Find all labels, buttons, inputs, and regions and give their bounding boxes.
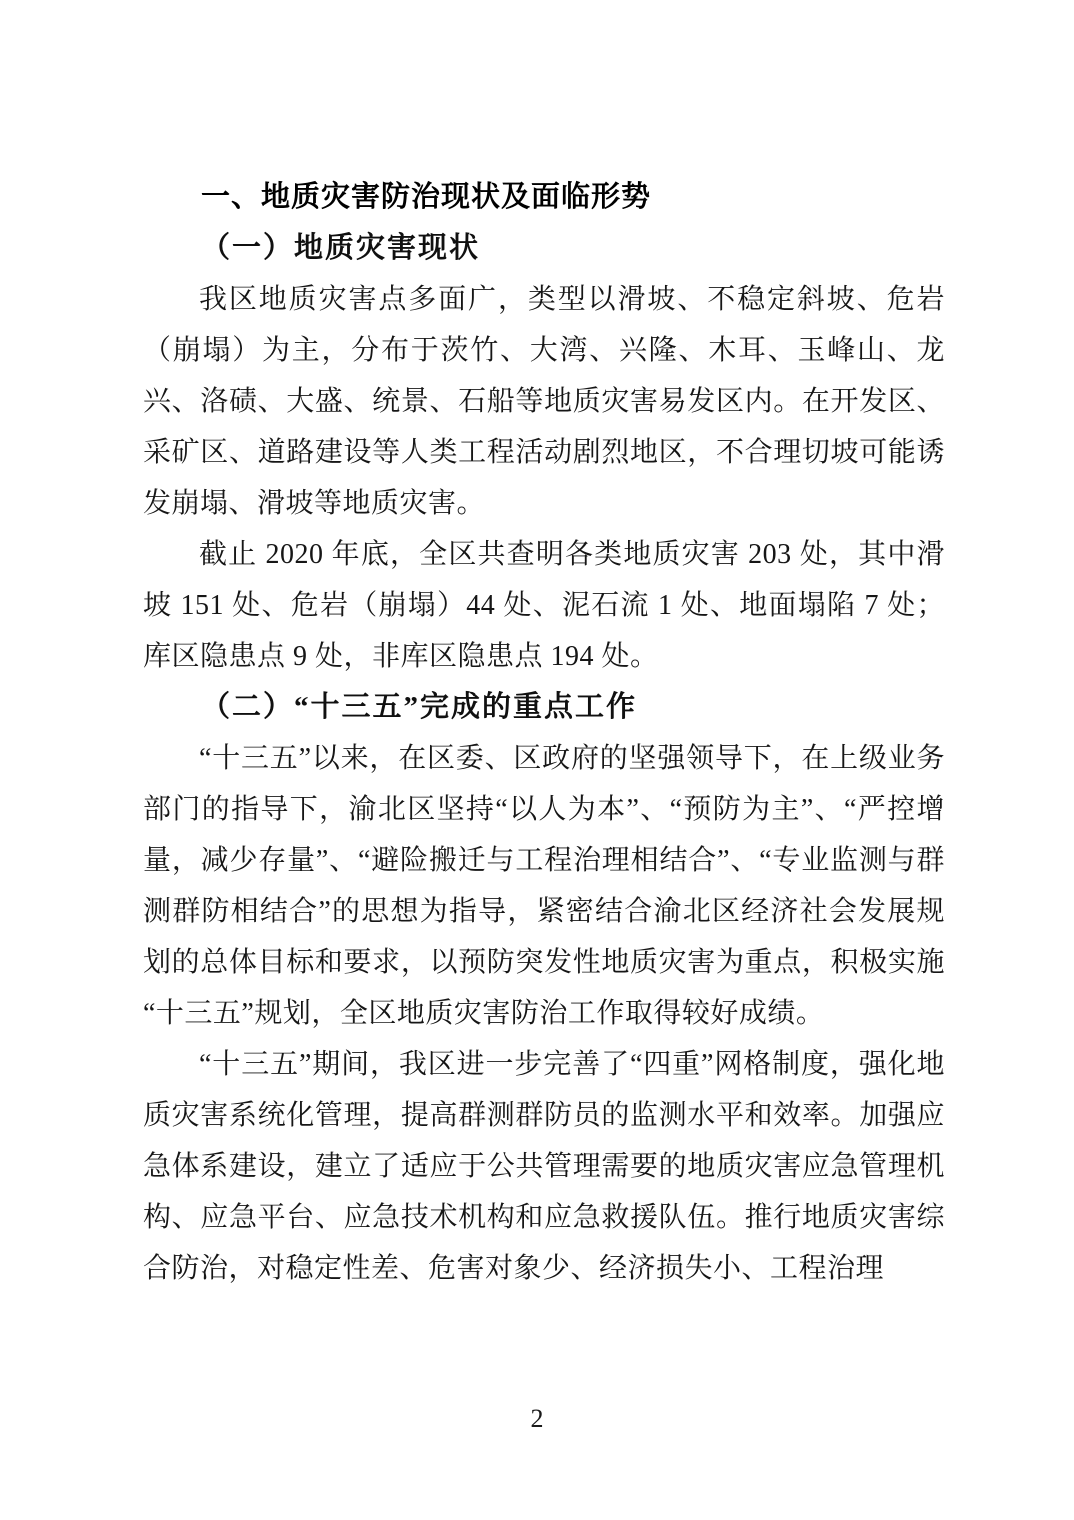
paragraph-grid-system-achievements: “十三五”期间，我区进一步完善了“四重”网格制度，强化地质灾害系统化管理，提高群…: [143, 1039, 945, 1294]
section-heading-level1: 一、地质灾害防治现状及面临形势: [143, 172, 945, 223]
page-number: 2: [0, 1402, 1074, 1436]
document-body: 一、地质灾害防治现状及面临形势 （一）地质灾害现状 我区地质灾害点多面广，类型以…: [143, 172, 945, 1294]
document-page: 一、地质灾害防治现状及面临形势 （一）地质灾害现状 我区地质灾害点多面广，类型以…: [0, 0, 1074, 1520]
paragraph-hazard-distribution: 我区地质灾害点多面广，类型以滑坡、不稳定斜坡、危岩（崩塌）为主，分布于茨竹、大湾…: [143, 274, 945, 529]
paragraph-guiding-principles: “十三五”以来，在区委、区政府的坚强领导下，在上级业务部门的指导下，渝北区坚持“…: [143, 733, 945, 1039]
subheading-13th-fiveyear-work: （二）“十三五”完成的重点工作: [143, 682, 945, 733]
subheading-geologic-hazard-status: （一）地质灾害现状: [143, 223, 945, 274]
paragraph-hazard-statistics: 截止 2020 年底，全区共查明各类地质灾害 203 处，其中滑坡 151 处、…: [143, 529, 945, 682]
